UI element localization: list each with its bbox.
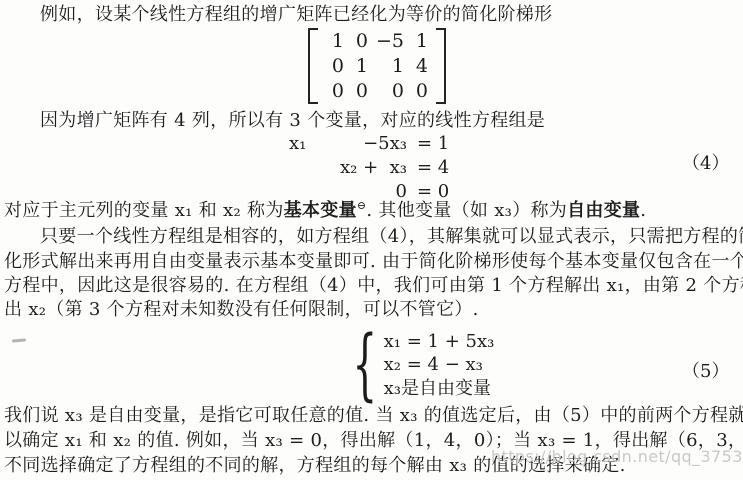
matrix-cell: 0 xyxy=(347,30,371,52)
matrix-left-bracket xyxy=(308,28,318,104)
matrix-right-bracket xyxy=(436,28,446,104)
equation-line: x₃是自由变量 xyxy=(384,377,495,401)
equation-line: x₁ = 1 + 5x₃ xyxy=(384,330,495,354)
equation-group-4: x₁ −5x₃ = 1 x₂ + x₃ = 4 0 = 0 xyxy=(289,132,451,203)
matrix-cell: 0 xyxy=(407,80,431,102)
equation-5-label: （5） xyxy=(682,357,729,383)
csdn-watermark: https://blog.csdn.net/qq_37534947 xyxy=(491,447,743,466)
paragraph-consistent-line1: 只要一个线性方程组是相容的，如方程组（4），其解集就可以显式表示，只需把方程的简 xyxy=(40,226,743,248)
scan-artifact-mark xyxy=(12,338,26,342)
equation-row: x₁ −5x₃ = 1 xyxy=(289,132,451,156)
paragraph-intro: 例如，设某个线性方程组的增广矩阵已经化为等价的简化阶梯形 xyxy=(40,4,552,26)
text-segment: . 其他变量（如 x₃）称为 xyxy=(366,200,567,221)
paragraph-columns: 因为增广矩阵有 4 列，所以有 3 个变量，对应的线性方程组是 xyxy=(40,110,545,132)
paragraph-consistent-line2: 化形式解出来再用自由变量表示基本变量即可. 由于简化阶梯形使每个基本变量仅包含在… xyxy=(4,251,743,273)
paragraph-consistent-line4: 出 x₂（第 3 个方程对未知数没有任何限制，可以不管它）. xyxy=(4,299,479,321)
matrix-cell: 1 xyxy=(323,30,347,52)
textbook-page: 例如，设某个线性方程组的增广矩阵已经化为等价的简化阶梯形 1 0 −5 1 0 … xyxy=(0,0,743,480)
matrix-cell: 0 xyxy=(323,55,347,77)
matrix-cell: 0 xyxy=(371,80,407,102)
matrix-cell: 1 xyxy=(407,30,431,52)
augmented-matrix: 1 0 −5 1 0 1 1 4 0 0 0 0 xyxy=(308,28,446,104)
text-segment: 对应于主元列的变量 x₁ 和 x₂ 称为 xyxy=(4,200,284,221)
matrix-cell: 1 xyxy=(347,55,371,77)
equation-5-lines: x₁ = 1 + 5x₃ x₂ = 4 − x₃ x₃是自由变量 xyxy=(384,330,495,401)
text-segment: . xyxy=(640,200,646,221)
matrix-cell: 0 xyxy=(323,80,347,102)
paragraph-variable-names: 对应于主元列的变量 x₁ 和 x₂ 称为基本变量⊖. 其他变量（如 x₃）称为自… xyxy=(4,196,646,222)
paragraph-free-variable-line1: 我们说 x₃ 是自由变量，是指它可取任意的值. 当 x₃ 的值选定后，由（5）中… xyxy=(4,405,743,427)
equation-term: x₁ xyxy=(289,133,319,154)
equation-line: x₂ = 4 − x₃ xyxy=(384,353,495,377)
matrix-grid: 1 0 −5 1 0 1 1 4 0 0 0 0 xyxy=(318,28,436,104)
equation-term: = 4 xyxy=(407,157,451,178)
equation-term: x₂ + x₃ xyxy=(319,157,407,178)
equation-row: x₂ + x₃ = 4 xyxy=(289,156,451,180)
matrix-cell: 4 xyxy=(407,55,431,77)
equation-term: = 1 xyxy=(407,133,451,154)
equation-group-5: { x₁ = 1 + 5x₃ x₂ = 4 − x₃ x₃是自由变量 xyxy=(340,329,494,401)
paragraph-consistent-line3: 方程中，因此这是很容易的. 在方程组（4）中，我们可由第 1 个方程解出 x₁，… xyxy=(4,275,743,297)
footnote-marker-icon: ⊖ xyxy=(357,199,367,212)
equation-term: −5x₃ xyxy=(319,133,407,154)
equation-4-label: （4） xyxy=(682,149,729,175)
term-free-variables: 自由变量 xyxy=(567,200,640,221)
term-basic-variables: 基本变量 xyxy=(284,200,357,221)
matrix-cell: 0 xyxy=(347,80,371,102)
matrix-cell: 1 xyxy=(371,55,407,77)
matrix-cell: −5 xyxy=(371,30,407,52)
left-brace-icon: { xyxy=(352,329,377,401)
